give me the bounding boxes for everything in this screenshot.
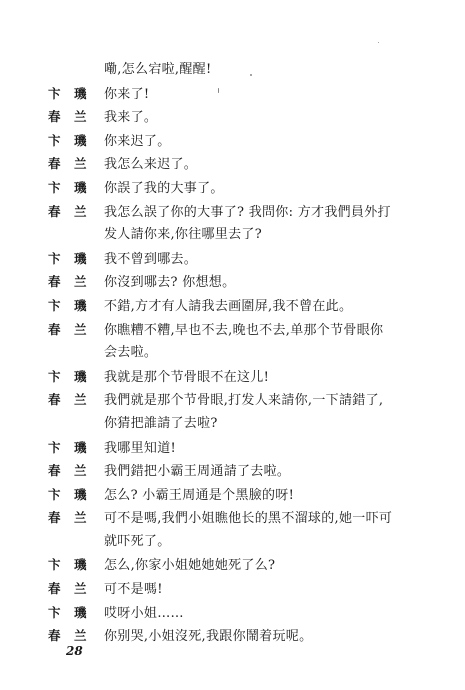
speech-text: 你沒到哪去? 你想想。 bbox=[104, 271, 448, 295]
dialogue-line: 卞璣 我不曾到哪去。 bbox=[48, 247, 448, 271]
speaker-name-bianji: 卞璣 bbox=[48, 129, 104, 153]
dialogue-line: 卞璣 我哪里知道! bbox=[48, 436, 448, 460]
speaker-name-bianji: 卞璣 bbox=[48, 294, 104, 318]
speaker-name-bianji: 卞璣 bbox=[48, 553, 104, 577]
dialogue-line-continuation: 你猜把誰請了去啦? bbox=[48, 412, 448, 436]
speaker-name-bianji: 卞璣 bbox=[48, 247, 104, 271]
speaker-name-chunlan: 春兰 bbox=[48, 388, 104, 412]
speaker-name-bianji: 卞璣 bbox=[48, 436, 104, 460]
speech-text: 你猜把誰請了去啦? bbox=[104, 412, 448, 436]
dialogue-line: 春兰 我怎么誤了你的大事了? 我問你: 方才我們員外打 bbox=[48, 200, 448, 224]
dialogue-line: 卞璣 你誤了我的大事了。 bbox=[48, 176, 448, 200]
speech-text: 哎呀小姐…… bbox=[104, 602, 448, 626]
page-number: 28 bbox=[66, 644, 83, 658]
script-dialogue: 嘞,怎么宕啦,醒醒! 卞璣 你来了! 春兰 我来了。 卞璣 你来迟了。 春兰 我… bbox=[48, 58, 448, 648]
speech-text: 我来了。 bbox=[104, 106, 448, 130]
print-speck bbox=[218, 88, 219, 93]
speech-text: 嘞,怎么宕啦,醒醒! bbox=[104, 58, 448, 82]
speech-text: 不錯,方才有人請我去画圍屏,我不曾在此。 bbox=[104, 295, 448, 319]
speech-text: 你瞧糟不糟,早也不去,晚也不去,单那个节骨眼你 bbox=[104, 319, 448, 343]
speech-text: 你来了! bbox=[104, 83, 448, 107]
speaker-name-chunlan: 春兰 bbox=[48, 200, 104, 224]
speaker-name-chunlan: 春兰 bbox=[48, 270, 104, 294]
dialogue-line: 卞璣 怎么? 小霸王周通是个黑臉的呀! bbox=[48, 483, 448, 507]
speaker-name-bianji: 卞璣 bbox=[48, 365, 104, 389]
speech-text: 你誤了我的大事了。 bbox=[104, 177, 448, 201]
dialogue-line-continuation: 发人請你来,你往哪里去了? bbox=[48, 223, 448, 247]
speaker-name-chunlan: 春兰 bbox=[48, 105, 104, 129]
speech-text: 就吓死了。 bbox=[104, 530, 448, 554]
speech-text: 我哪里知道! bbox=[104, 437, 448, 461]
speaker-name-chunlan: 春兰 bbox=[48, 318, 104, 342]
speaker-name-chunlan: 春兰 bbox=[48, 506, 104, 530]
speech-text: 可不是嗎! bbox=[104, 578, 448, 602]
dialogue-line: 春兰 你别哭,小姐沒死,我跟你鬧着玩呢。 bbox=[48, 624, 448, 648]
speech-text: 怎么,你家小姐她她她死了么? bbox=[104, 554, 448, 578]
dialogue-line-continuation: 嘞,怎么宕啦,醒醒! bbox=[48, 58, 448, 82]
dialogue-line: 卞璣 你来了! bbox=[48, 82, 448, 106]
speaker-name-bianji: 卞璣 bbox=[48, 483, 104, 507]
dialogue-line: 春兰 可不是嗎,我們小姐瞧他长的黑不溜球的,她一吓可 bbox=[48, 506, 448, 530]
print-speck bbox=[378, 42, 379, 43]
dialogue-line: 卞璣 哎呀小姐…… bbox=[48, 601, 448, 625]
dialogue-line: 卞璣 你来迟了。 bbox=[48, 129, 448, 153]
book-page: 嘞,怎么宕啦,醒醒! 卞璣 你来了! 春兰 我来了。 卞璣 你来迟了。 春兰 我… bbox=[0, 0, 465, 690]
speaker-name-chunlan: 春兰 bbox=[48, 152, 104, 176]
dialogue-line: 春兰 我怎么来迟了。 bbox=[48, 152, 448, 176]
speech-text: 我不曾到哪去。 bbox=[104, 248, 448, 272]
speech-text: 我就是那个节骨眼不在这儿! bbox=[104, 366, 448, 390]
speech-text: 发人請你来,你往哪里去了? bbox=[104, 223, 448, 247]
dialogue-line: 卞璣 怎么,你家小姐她她她死了么? bbox=[48, 553, 448, 577]
dialogue-line: 春兰 我們錯把小霸王周通請了去啦。 bbox=[48, 459, 448, 483]
dialogue-line: 卞璣 我就是那个节骨眼不在这儿! bbox=[48, 365, 448, 389]
dialogue-line: 春兰 可不是嗎! bbox=[48, 577, 448, 601]
speaker-name-bianji: 卞璣 bbox=[48, 176, 104, 200]
speech-text: 你来迟了。 bbox=[104, 130, 448, 154]
speech-text: 可不是嗎,我們小姐瞧他长的黑不溜球的,她一吓可 bbox=[104, 507, 448, 531]
dialogue-line: 春兰 你沒到哪去? 你想想。 bbox=[48, 270, 448, 294]
speech-text: 我們就是那个节骨眼,打发人来請你,一下請錯了, bbox=[104, 389, 448, 413]
dialogue-line: 卞璣 不錯,方才有人請我去画圍屏,我不曾在此。 bbox=[48, 294, 448, 318]
speech-text: 我怎么来迟了。 bbox=[104, 153, 448, 177]
dialogue-line: 春兰 我們就是那个节骨眼,打发人来請你,一下請錯了, bbox=[48, 388, 448, 412]
speaker-name-bianji: 卞璣 bbox=[48, 82, 104, 106]
speaker-name-chunlan: 春兰 bbox=[48, 459, 104, 483]
speech-text: 我們錯把小霸王周通請了去啦。 bbox=[104, 460, 448, 484]
dialogue-line-continuation: 会去啦。 bbox=[48, 341, 448, 365]
speech-text: 我怎么誤了你的大事了? 我問你: 方才我們員外打 bbox=[104, 201, 448, 225]
dialogue-line: 春兰 你瞧糟不糟,早也不去,晚也不去,单那个节骨眼你 bbox=[48, 318, 448, 342]
speech-text: 你别哭,小姐沒死,我跟你鬧着玩呢。 bbox=[104, 625, 448, 649]
speaker-name-bianji: 卞璣 bbox=[48, 601, 104, 625]
dialogue-line-continuation: 就吓死了。 bbox=[48, 530, 448, 554]
dialogue-line: 春兰 我来了。 bbox=[48, 105, 448, 129]
speaker-name-chunlan: 春兰 bbox=[48, 577, 104, 601]
print-speck bbox=[250, 74, 252, 76]
speech-text: 会去啦。 bbox=[104, 341, 448, 365]
speech-text: 怎么? 小霸王周通是个黑臉的呀! bbox=[104, 484, 448, 508]
